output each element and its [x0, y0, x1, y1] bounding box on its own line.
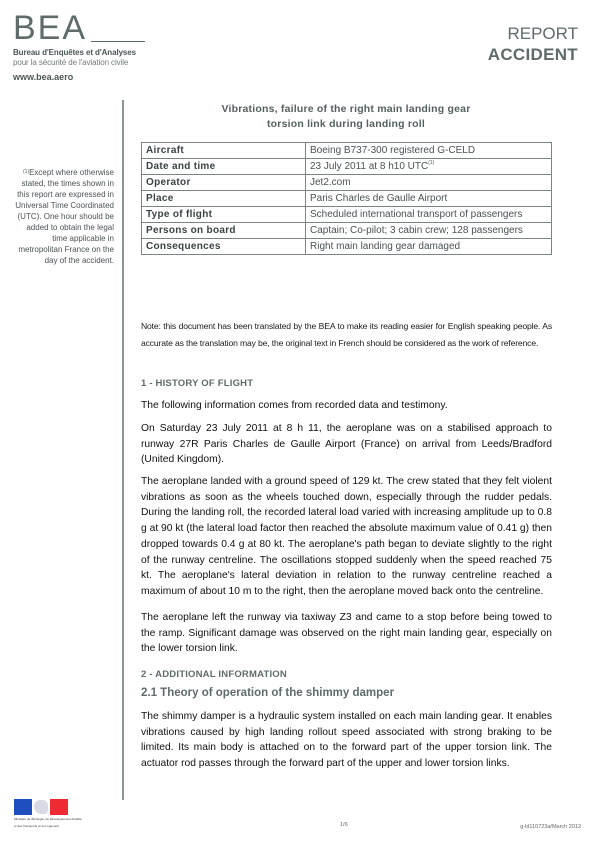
- section-heading-history: 1 - HISTORY OF FLIGHT: [141, 378, 552, 389]
- paragraph: The aeroplane landed with a ground speed…: [141, 474, 552, 600]
- org-tagline: pour la sécurité de l'aviation civile: [13, 58, 143, 68]
- row-value: Scheduled international transport of pas…: [306, 207, 552, 223]
- row-value: Jet2.com: [306, 175, 552, 191]
- row-value: Captain; Co-pilot; 3 cabin crew; 128 pas…: [306, 223, 552, 239]
- margin-divider: [122, 100, 124, 800]
- footnote-ref[interactable]: (1): [428, 160, 434, 166]
- row-label: Consequences: [142, 239, 306, 255]
- paragraph: On Saturday 23 July 2011 at 8 h 11, the …: [141, 421, 552, 468]
- section-heading-additional-info: 2 - ADDITIONAL INFORMATION: [141, 669, 552, 680]
- republique-francaise-logo: Ministère de l'Écologie, du Développemen…: [14, 799, 68, 829]
- table-row: Place Paris Charles de Gaulle Airport: [142, 191, 552, 207]
- page-number: 1/6: [340, 822, 348, 828]
- table-row: Consequences Right main landing gear dam…: [142, 239, 552, 255]
- report-label: REPORT: [507, 24, 578, 44]
- sidenote-utc: (1)Except where otherwise stated, the ti…: [14, 167, 114, 266]
- row-value: Paris Charles de Gaulle Airport: [306, 191, 552, 207]
- row-value: 23 July 2011 at 8 h10 UTC(1): [306, 159, 552, 175]
- table-row: Operator Jet2.com: [142, 175, 552, 191]
- date-time-value: 23 July 2011 at 8 h10 UTC: [310, 161, 428, 172]
- row-label: Date and time: [142, 159, 306, 175]
- row-value: Right main landing gear damaged: [306, 239, 552, 255]
- paragraph: The shimmy damper is a hydraulic system …: [141, 709, 552, 772]
- logo-underline: [91, 41, 145, 42]
- paragraph: The following information comes from rec…: [141, 398, 552, 414]
- incident-info-table: Aircraft Boeing B737-300 registered G-CE…: [141, 142, 552, 255]
- row-label: Place: [142, 191, 306, 207]
- org-name: Bureau d'Enquêtes et d'Analyses: [13, 48, 143, 58]
- main-content: Vibrations, failure of the right main la…: [141, 102, 551, 255]
- ministry-line-1: Ministère de l'Écologie, du Développemen…: [14, 817, 68, 822]
- row-label: Type of flight: [142, 207, 306, 223]
- bea-logo: BEA Bureau d'Enquêtes et d'Analyses pour…: [13, 10, 143, 68]
- table-row: Aircraft Boeing B737-300 registered G-CE…: [142, 143, 552, 159]
- table-row: Type of flight Scheduled international t…: [142, 207, 552, 223]
- document-reference: g-ld110723a/March 2012: [520, 824, 581, 830]
- document-title: Vibrations, failure of the right main la…: [141, 102, 551, 132]
- report-type: ACCIDENT: [488, 45, 578, 65]
- title-line-2: torsion link during landing roll: [141, 117, 551, 132]
- bea-logo-mark: BEA: [13, 10, 143, 46]
- title-line-1: Vibrations, failure of the right main la…: [141, 102, 551, 117]
- row-label: Operator: [142, 175, 306, 191]
- row-label: Persons on board: [142, 223, 306, 239]
- translation-note: Note: this document has been translated …: [141, 318, 552, 351]
- sidenote-text: Except where otherwise stated, the times…: [15, 168, 114, 265]
- table-row: Date and time 23 July 2011 at 8 h10 UTC(…: [142, 159, 552, 175]
- website-link[interactable]: www.bea.aero: [13, 72, 73, 82]
- french-flag-icon: [14, 799, 68, 815]
- marianne-icon: [34, 800, 48, 814]
- row-label: Aircraft: [142, 143, 306, 159]
- bea-logo-letters: BEA: [13, 10, 87, 46]
- row-value: Boeing B737-300 registered G-CELD: [306, 143, 552, 159]
- table-row: Persons on board Captain; Co-pilot; 3 ca…: [142, 223, 552, 239]
- paragraph: The aeroplane left the runway via taxiwa…: [141, 610, 552, 657]
- subsection-heading-shimmy-damper: 2.1 Theory of operation of the shimmy da…: [141, 687, 552, 699]
- ministry-line-2: et des Transports et du Logement: [14, 824, 68, 829]
